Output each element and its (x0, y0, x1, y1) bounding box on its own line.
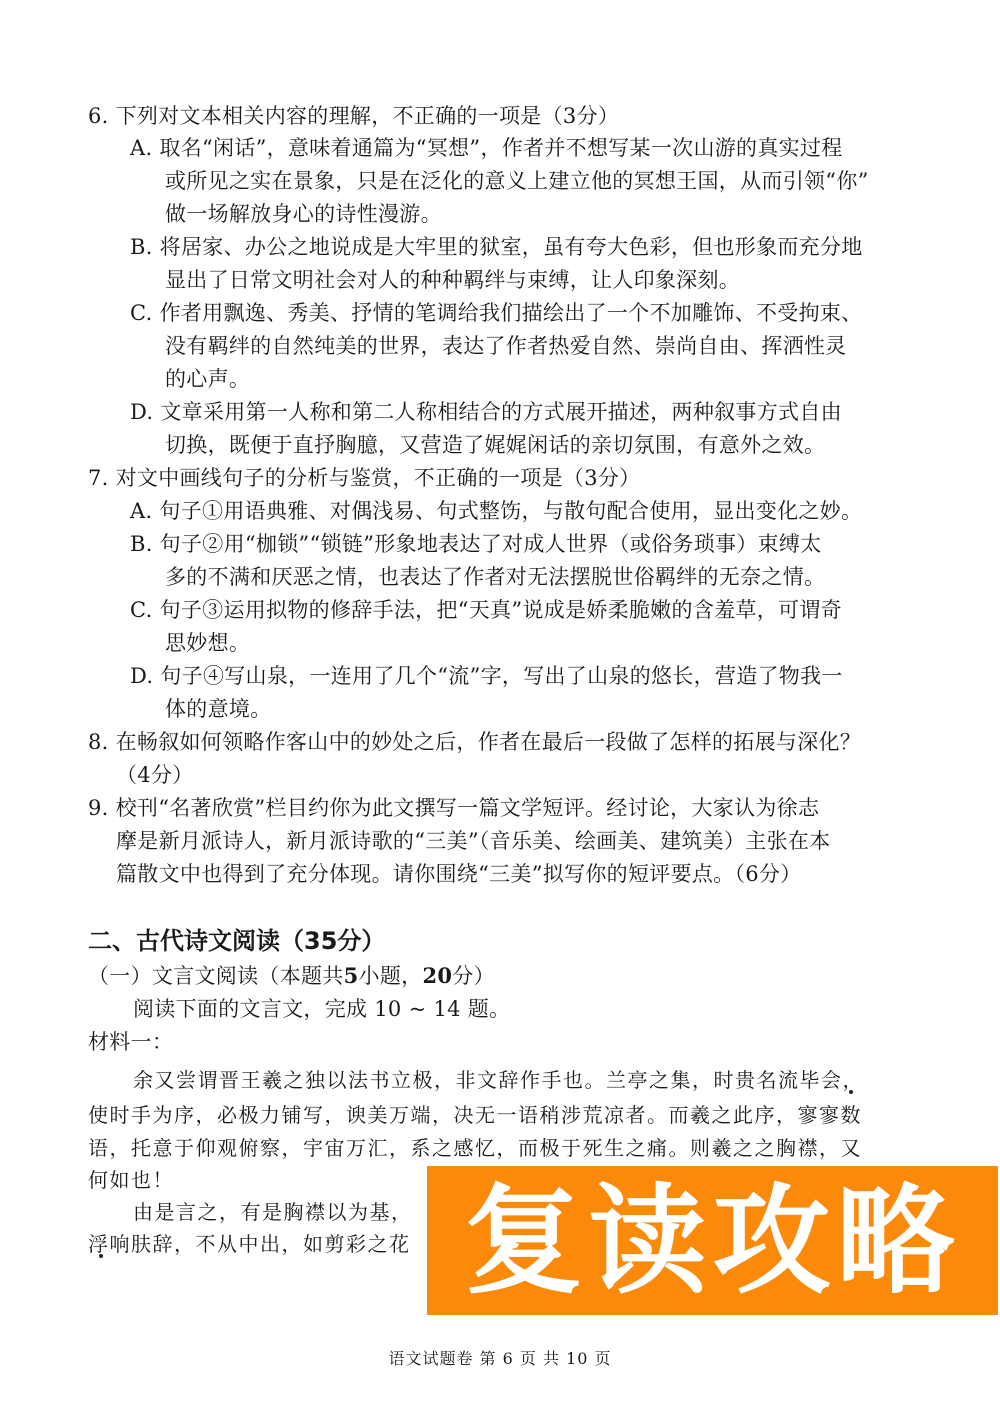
q6-option-a: A. 取名“闲话”，意味着通篇为“冥想”，作者并不想写某一次山游的真实过程 (130, 132, 843, 164)
question-9-cont: 篇散文中也得到了充分体现。请你围绕“三美”拟写你的短评要点。（6分） (116, 858, 802, 890)
question-8-stem: 8. 在畅叙如何领略作客山中的妙处之后，作者在最后一段做了怎样的拓展与深化？ (88, 726, 861, 758)
q6-option-c-cont: 没有羁绊的自然纯美的世界，表达了作者热爱自然、崇尚自由、挥洒性灵 (165, 330, 847, 362)
subsection-score: 20 (422, 963, 452, 988)
material-paragraph-line: 由是言之，有是胸襟以为基， (133, 1196, 413, 1228)
q7-option-b-cont: 多的不满和厌恶之情，也表达了作者对无法摆脱世俗羁绊的无奈之情。 (165, 561, 825, 593)
question-6-stem: 6. 下列对文本相关内容的理解，不正确的一项是（3分） (88, 100, 619, 132)
emphasis-dot (99, 1254, 103, 1258)
material-paragraph-line: 浮响肤辞，不从中出，如剪彩之花 (88, 1228, 411, 1260)
material-paragraph-line: 余又尝谓晋王羲之独以法书立极，非文辞作手也。兰亭之集，时贵名流毕会， (133, 1064, 864, 1096)
watermark-banner: 复读攻略 (427, 1166, 998, 1315)
material-label: 材料一： (88, 1026, 173, 1058)
q6-option-d-cont: 切换，既便于直抒胸臆，又营造了娓娓闲话的亲切氛围，有意外之效。 (165, 429, 825, 461)
q6-option-b: B. 将居家、办公之地说成是大牢里的狱室，虽有夸大色彩，但也形象而充分地 (130, 231, 863, 263)
q6-option-c: C. 作者用飘逸、秀美、抒情的笔调给我们描绘出了一个不加雕饰、不受拘束、 (130, 297, 862, 329)
section-title: 二、古代诗文阅读（35分） (88, 924, 385, 958)
material-paragraph-line: 语，托意于仰观俯察，宇宙万汇，系之感忆，而极于死生之痛。则羲之之胸襟，又 (88, 1132, 862, 1164)
q6-option-c-cont: 的心声。 (165, 363, 250, 395)
q7-option-d: D. 句子④写山泉，一连用了几个“流”字，写出了山泉的悠长，营造了物我一 (130, 660, 843, 692)
subsection-mid: 小题， (359, 964, 423, 988)
q6-option-a-cont: 做一场解放身心的诗性漫游。 (165, 198, 442, 230)
question-7-stem: 7. 对文中画线句子的分析与鉴赏，不正确的一项是（3分） (88, 462, 640, 494)
q7-option-c-cont: 思妙想。 (165, 627, 250, 659)
q7-option-c: C. 句子③运用拟物的修辞手法，把“天真”说成是娇柔脆嫩的含羞草，可谓奇 (130, 594, 842, 626)
material-paragraph-line: 使时手为序，必极力铺写，谀美万端，决无一语稍涉荒凉者。而羲之此序，寥寥数 (88, 1099, 862, 1131)
page-footer: 语文试题卷 第 6 页 共 10 页 (0, 1346, 1000, 1369)
question-9-cont: 摩是新月派诗人，新月派诗歌的“三美”（音乐美、绘画美、建筑美）主张在本 (116, 825, 830, 857)
subsection-prefix: （一）文言文阅读（本题共 (88, 964, 344, 988)
emphasis-dot (849, 1090, 853, 1094)
q7-option-d-cont: 体的意境。 (165, 693, 272, 725)
watermark-text: 复读攻略 (464, 1182, 960, 1300)
material-paragraph-line: 何如也！ (88, 1164, 174, 1196)
q6-option-a-cont: 或所见之实在景象，只是在泛化的意义上建立他的冥想王国，从而引领“你” (165, 165, 869, 197)
reading-instruction: 阅读下面的文言文，完成 10 ~ 14 题。 (133, 993, 510, 1025)
q7-option-b: B. 句子②用“枷锁”“锁链”形象地表达了对成人世界（或俗务琐事）束缚太 (130, 528, 822, 560)
q6-option-d: D. 文章采用第一人称和第二人称相结合的方式展开描述，两种叙事方式自由 (130, 396, 842, 428)
q6-option-b-cont: 显出了日常文明社会对人的种种羁绊与束缚，让人印象深刻。 (165, 264, 740, 296)
subsection-count: 5 (344, 963, 359, 988)
question-9-stem: 9. 校刊“名著欣赏”栏目约你为此文撰写一篇文学短评。经讨论，大家认为徐志 (88, 792, 819, 824)
q7-option-a: A. 句子①用语典雅、对偶浅易、句式整饬，与散句配合使用，显出变化之妙。 (130, 495, 862, 527)
subsection-suffix: 分） (452, 964, 495, 988)
subsection-title: （一）文言文阅读（本题共5小题，20分） (88, 960, 495, 992)
question-8-score: （4分） (116, 759, 194, 791)
